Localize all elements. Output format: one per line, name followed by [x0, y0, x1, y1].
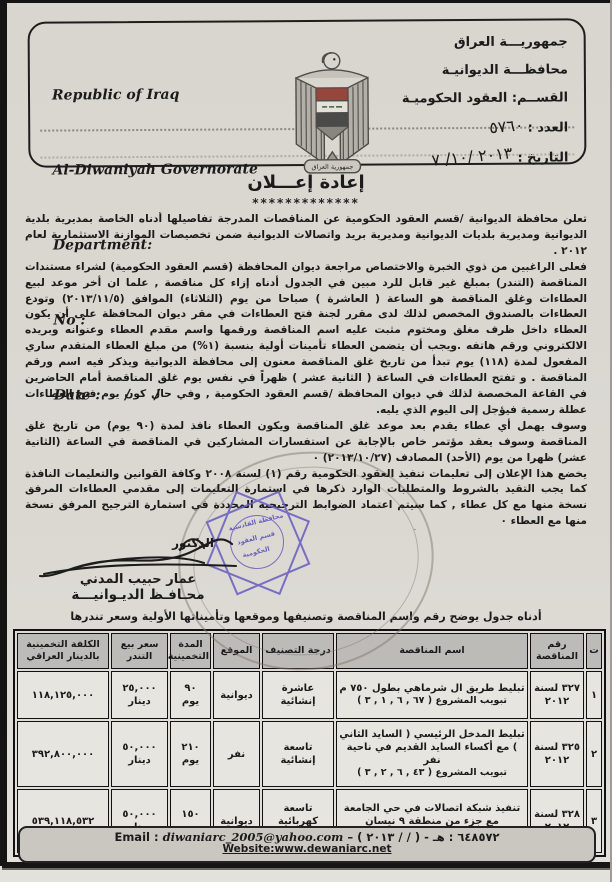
announcement-title: إعادة إعـــلان	[0, 172, 612, 193]
letterhead-box: Republic of Iraq Al-Diwaniyah Governorat…	[28, 18, 587, 167]
body-paragraph-2: فعلى الراغبين من ذوي الخبرة والاختصاص مر…	[25, 260, 587, 419]
tender-name-cell: تبليط المدخل الرئيسي ( السايد الثاني ) م…	[336, 721, 528, 787]
price-unit: دينار	[114, 754, 165, 767]
scan-edge-left	[0, 0, 7, 866]
document-date-value: ٢٠١٣ /١٠/ ٧	[431, 139, 514, 174]
bottom-rule	[2, 862, 610, 870]
contact-footer-box: Email : diwaniarc_2005@yahoo.com – ( ٢٠١…	[18, 826, 596, 863]
price-value: ٥٠,٠٠٠	[114, 741, 165, 754]
tender-name: تبليط طريق ال شرماهي بطول ٧٥٠ م	[339, 682, 525, 695]
tender-number-cell: ٣٢٥ لسنة ٢٠١٢	[530, 721, 584, 787]
body-paragraph-1: تعلن محافظة الديوانية /قسم العقود الحكوم…	[25, 212, 587, 260]
col-duration: المدة التخمينية	[170, 633, 211, 669]
iraq-eagle-emblem: جمهورية العراق	[288, 48, 377, 181]
announcement-body: تعلن محافظة الديوانية /قسم العقود الحكوم…	[25, 212, 587, 530]
duration-value: ٢١٠	[173, 741, 208, 754]
tender-number-line2: ٢٠١٢	[533, 695, 581, 708]
estimated-cost-cell: ٣٩٢,٨٠٠,٠٠٠	[17, 721, 109, 787]
table-row: ٢ ٣٢٥ لسنة ٢٠١٢ تبليط المدخل الرئيسي ( ا…	[17, 721, 602, 787]
scanned-tender-announcement-page: Republic of Iraq Al-Diwaniyah Governorat…	[0, 0, 612, 882]
col-tender-number: رقم المناقصة	[530, 633, 584, 669]
phone-and-year: – ( ٢٠١٣ / / ) - ٦٤٨٥٧٢ : هـ	[343, 830, 499, 844]
tender-price-cell: ٥٠,٠٠٠ دينار	[111, 721, 168, 787]
document-number-value: ٥٧٦٠	[487, 111, 524, 142]
date-label-ar: التاريخ :	[517, 150, 568, 165]
letterhead-arabic: جمهوريـــة العراق محافظـــة الديوانيـة ا…	[401, 28, 568, 173]
tender-number-line1: ٣٢٥ لسنة	[533, 741, 581, 754]
email-address: diwaniarc_2005@yahoo.com	[163, 830, 344, 844]
scan-edge-top	[0, 0, 612, 3]
country-name-ar: جمهوريـــة العراق	[401, 28, 567, 57]
document-number-line: العدد : ٥٧٦٠	[402, 112, 568, 143]
tabulation-numbers: ( ٤٣ , ٦ , ٢ , ٣ )	[357, 767, 432, 778]
duration-cell: ٢١٠ يوم	[170, 721, 211, 787]
price-unit: دينار	[114, 695, 165, 708]
tender-tabulation: تبويب المشروع ( ٤٣ , ٦ , ٢ , ٣ )	[339, 767, 525, 779]
tender-number-line1: ٣٢٧ لسنة	[533, 682, 581, 695]
table-row: ١ ٣٢٧ لسنة ٢٠١٢ تبليط طريق ال شرماهي بطو…	[17, 671, 602, 719]
title-underline-stars: *************	[0, 196, 612, 210]
price-value: ٥٠,٠٠٠	[114, 808, 165, 821]
tender-name: تنفيذ شبكة اتصالات في حي الجامعة مع جزء …	[339, 802, 525, 828]
tender-number-line1: ٣٢٨ لسنة	[533, 808, 581, 821]
location-cell: ديوانية	[213, 671, 260, 719]
col-tender-price: سعر بيع التندر	[111, 633, 168, 669]
duration-value: ٩٠	[173, 682, 208, 695]
country-name-en: Republic of Iraq	[52, 82, 258, 108]
contact-email-line: Email : diwaniarc_2005@yahoo.com – ( ٢٠١…	[20, 830, 594, 844]
emblem-banner-text: جمهورية العراق	[311, 163, 353, 171]
governor-signature-block: الدكتور عمار حبيب المدني محـافـظ الديـوا…	[28, 532, 248, 603]
classification-cell: عاشرة إنشائية	[262, 671, 334, 719]
serial-cell: ٢	[586, 721, 602, 787]
tender-tabulation: تبويب المشروع ( ٦٧ , ٦ , ١ , ٣ )	[339, 695, 525, 707]
tabulation-numbers: ( ٦٧ , ٦ , ١ , ٣ )	[357, 695, 432, 706]
tender-number-line2: ٢٠١٢	[533, 754, 581, 767]
tabulation-label: تبويب المشروع	[435, 767, 507, 778]
serial-cell: ١	[586, 671, 602, 719]
duration-cell: ٩٠ يوم	[170, 671, 211, 719]
location-cell: نفر	[213, 721, 260, 787]
duration-unit: يوم	[173, 754, 208, 767]
col-estimated-cost: الكلفة التخمينية بالدينار العراقي	[17, 633, 109, 669]
classification-cell: تاسعة إنشائية	[262, 721, 334, 787]
governorate-name-ar: محافظـــة الديوانيـة	[402, 56, 568, 85]
email-label: Email :	[114, 830, 162, 844]
website-line: Website:www.dewaniarc.net	[20, 843, 594, 855]
price-value: ٢٥,٠٠٠	[114, 682, 165, 695]
tender-price-cell: ٢٥,٠٠٠ دينار	[111, 671, 168, 719]
body-paragraph-3: وسوف يهمل أي عطاء يقدم بعد موعد غلق المن…	[25, 419, 587, 467]
signer-role: محـافـظ الديـوانيـــة	[28, 587, 248, 603]
tender-name: تبليط المدخل الرئيسي ( السايد الثاني ) م…	[339, 728, 525, 767]
tender-name-cell: تبليط طريق ال شرماهي بطول ٧٥٠ م تبويب ال…	[336, 671, 528, 719]
tabulation-label: تبويب المشروع	[435, 695, 507, 706]
duration-unit: يوم	[173, 695, 208, 708]
document-date-line: التاريخ : ٢٠١٣ /١٠/ ٧	[402, 142, 568, 173]
col-serial: ت	[586, 633, 602, 669]
estimated-cost-cell: ١١٨,١٢٥,٠٠٠	[17, 671, 109, 719]
tender-number-cell: ٣٢٧ لسنة ٢٠١٢	[530, 671, 584, 719]
handwritten-signature-icon	[32, 528, 242, 580]
department-line-ar: القســم: العقود الحكوميـة	[402, 84, 568, 113]
duration-value: ١٥٠	[173, 808, 208, 821]
number-label-ar: العدد :	[528, 120, 569, 135]
